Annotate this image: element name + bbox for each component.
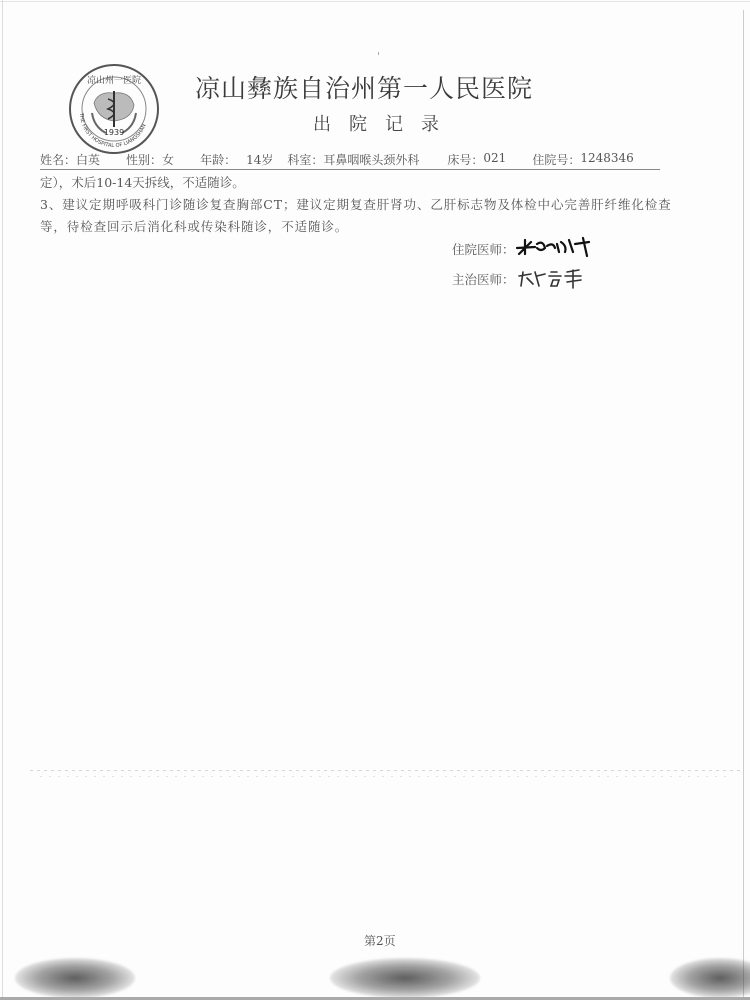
resident-signature-icon [515,236,595,260]
scan-smudge [330,958,480,998]
patient-sex: 女 [162,151,174,169]
scan-streak [30,770,740,771]
patient-age: 14岁 [246,151,273,169]
page-number: 第2页 [364,932,396,949]
page-edge-right [743,10,744,1000]
scan-streak [40,776,730,777]
admission-no: 1248346 [580,151,633,169]
department-label: 科室： [287,151,323,169]
patient-info-row: 姓名： 白英 性别： 女 年龄： 14岁 科室： 耳鼻咽喉头颈外科 床号： 02… [40,151,660,170]
attending-physician-label: 主治医师： [452,270,515,288]
patient-department: 耳鼻咽喉头颈外科 [323,151,419,169]
svg-text:1939: 1939 [104,128,124,137]
record-title: 出院记录 [313,110,457,136]
name-label: 姓名： [40,151,76,169]
scan-smudge [670,958,750,998]
caduceus-emblem-icon: 凉山州一医院 1939 THE FIRST HOSPITAL OF LIANGS… [68,63,160,155]
hospital-name: 凉山彝族自治州第一人民医院 [195,69,533,105]
page-edge-left [2,0,3,1000]
attending-signature-icon [517,266,589,290]
admission-no-label: 住院号： [532,151,580,169]
scan-speck [378,52,379,55]
paragraph-line-1: 定），术后10-14天拆线，不适随诊。 [40,173,245,191]
scan-smudge [15,958,135,998]
hospital-logo: 凉山州一医院 1939 THE FIRST HOSPITAL OF LIANGS… [68,63,160,155]
paragraph-line-2: 3、建议定期呼吸科门诊随诊复查胸部CT；建议定期复查肝肾功、乙肝标志物及体检中心… [40,195,672,213]
page-edge-top [0,1,750,2]
age-label: 年龄： [200,151,236,169]
resident-physician-label: 住院医师： [452,240,515,258]
sex-label: 性别： [126,151,162,169]
patient-bed: 021 [483,151,506,169]
bed-label: 床号： [447,151,483,169]
patient-name: 白英 [76,151,100,169]
svg-text:凉山州一医院: 凉山州一医院 [87,74,141,86]
paragraph-line-3: 等，待检查回示后消化科或传染科随诊，不适随诊。 [40,217,348,235]
